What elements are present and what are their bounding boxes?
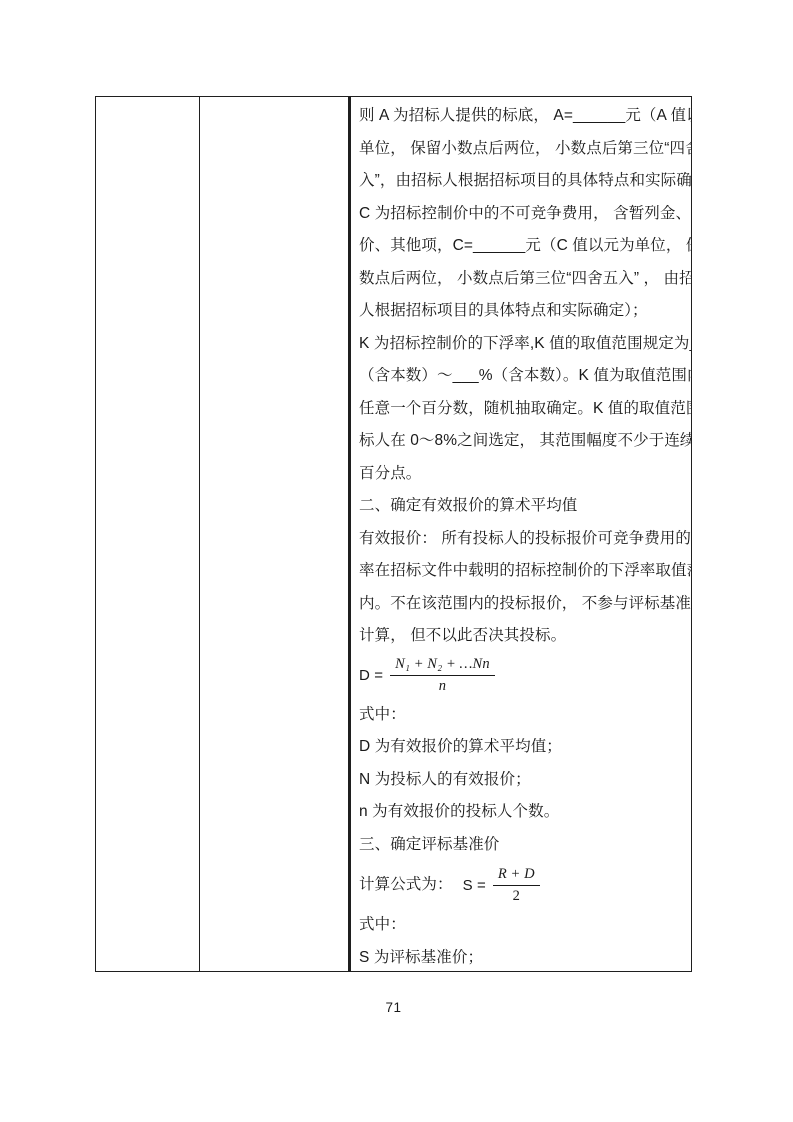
fraction: R + D2 xyxy=(493,865,540,906)
formula-lhs: D = xyxy=(359,668,383,683)
text-line: K 为招标控制价的下浮率,K 值的取值范围规定为___% xyxy=(359,328,686,361)
document-page: 则 A 为招标人提供的标底， A=______元（A 值以元为单位， 保留小数点… xyxy=(0,0,793,1122)
fraction-numerator: R + D xyxy=(493,865,540,886)
text-line: 价、其他项，C=______元（C 值以元为单位， 保留小 xyxy=(359,230,686,263)
text-line: 任意一个百分数，随机抽取确定。K 值的取值范围由招 xyxy=(359,393,686,426)
table-cell-empty-2 xyxy=(200,97,351,971)
table-cell-main-text: 则 A 为招标人提供的标底， A=______元（A 值以元为单位， 保留小数点… xyxy=(351,97,691,971)
text-line: D 为有效报价的算术平均值； xyxy=(359,731,686,764)
text-line: 率在招标文件中载明的招标控制价的下浮率取值范围 xyxy=(359,555,686,588)
text-line: 计算， 但不以此否决其投标。 xyxy=(359,620,686,653)
text-line: 数点后两位， 小数点后第三位“四舍五入” ， 由招标 xyxy=(359,263,686,296)
page-number: 71 xyxy=(95,1000,692,1015)
fraction: N₁ + N₂ + …Nnn xyxy=(390,655,495,696)
text-line: n 为有效报价的投标人个数。 xyxy=(359,796,686,829)
text-line: 二、确定有效报价的算术平均值 xyxy=(359,490,686,523)
text-line: 人根据招标项目的具体特点和实际确定）； xyxy=(359,295,686,328)
fraction-denominator: 2 xyxy=(513,886,520,906)
text-line: C 为招标控制价中的不可竞争费用， 含暂列金、暂估 xyxy=(359,198,686,231)
fraction-denominator: n xyxy=(439,676,446,696)
text-line: （含本数）～___%（含本数）。K 值为取值范围内的 xyxy=(359,360,686,393)
formula-line: D =N₁ + N₂ + …Nnn xyxy=(359,653,686,699)
text-line: 式中： xyxy=(359,909,686,942)
text-line: N 为投标人的有效报价； xyxy=(359,764,686,797)
fraction-numerator: N₁ + N₂ + …Nn xyxy=(390,655,495,676)
text-line: 单位， 保留小数点后两位， 小数点后第三位“四舍五 xyxy=(359,133,686,166)
text-line: 三、确定评标基准价 xyxy=(359,829,686,862)
table-cell-empty-1 xyxy=(96,97,200,971)
tender-evaluation-table: 则 A 为招标人提供的标底， A=______元（A 值以元为单位， 保留小数点… xyxy=(95,96,692,972)
text-line: 则 A 为招标人提供的标底， A=______元（A 值以元为 xyxy=(359,100,686,133)
text-line: 式中： xyxy=(359,699,686,732)
text-line: 百分点。 xyxy=(359,458,686,491)
formula-lhs: S = xyxy=(463,878,486,893)
text-line: 标人在 0～8%之间选定， 其范围幅度不少于连续 3 个 xyxy=(359,425,686,458)
text-line: 有效报价： 所有投标人的投标报价可竞争费用的下浮 xyxy=(359,523,686,556)
text-line: 内。不在该范围内的投标报价， 不参与评标基准价的 xyxy=(359,588,686,621)
text-line: S 为评标基准价； xyxy=(359,942,686,972)
text-line: 入”，由招标人根据招标项目的具体特点和实际确定）; xyxy=(359,165,686,198)
formula-line: 计算公式为：S =R + D2 xyxy=(359,861,686,909)
formula-prefix: 计算公式为： xyxy=(359,877,453,893)
